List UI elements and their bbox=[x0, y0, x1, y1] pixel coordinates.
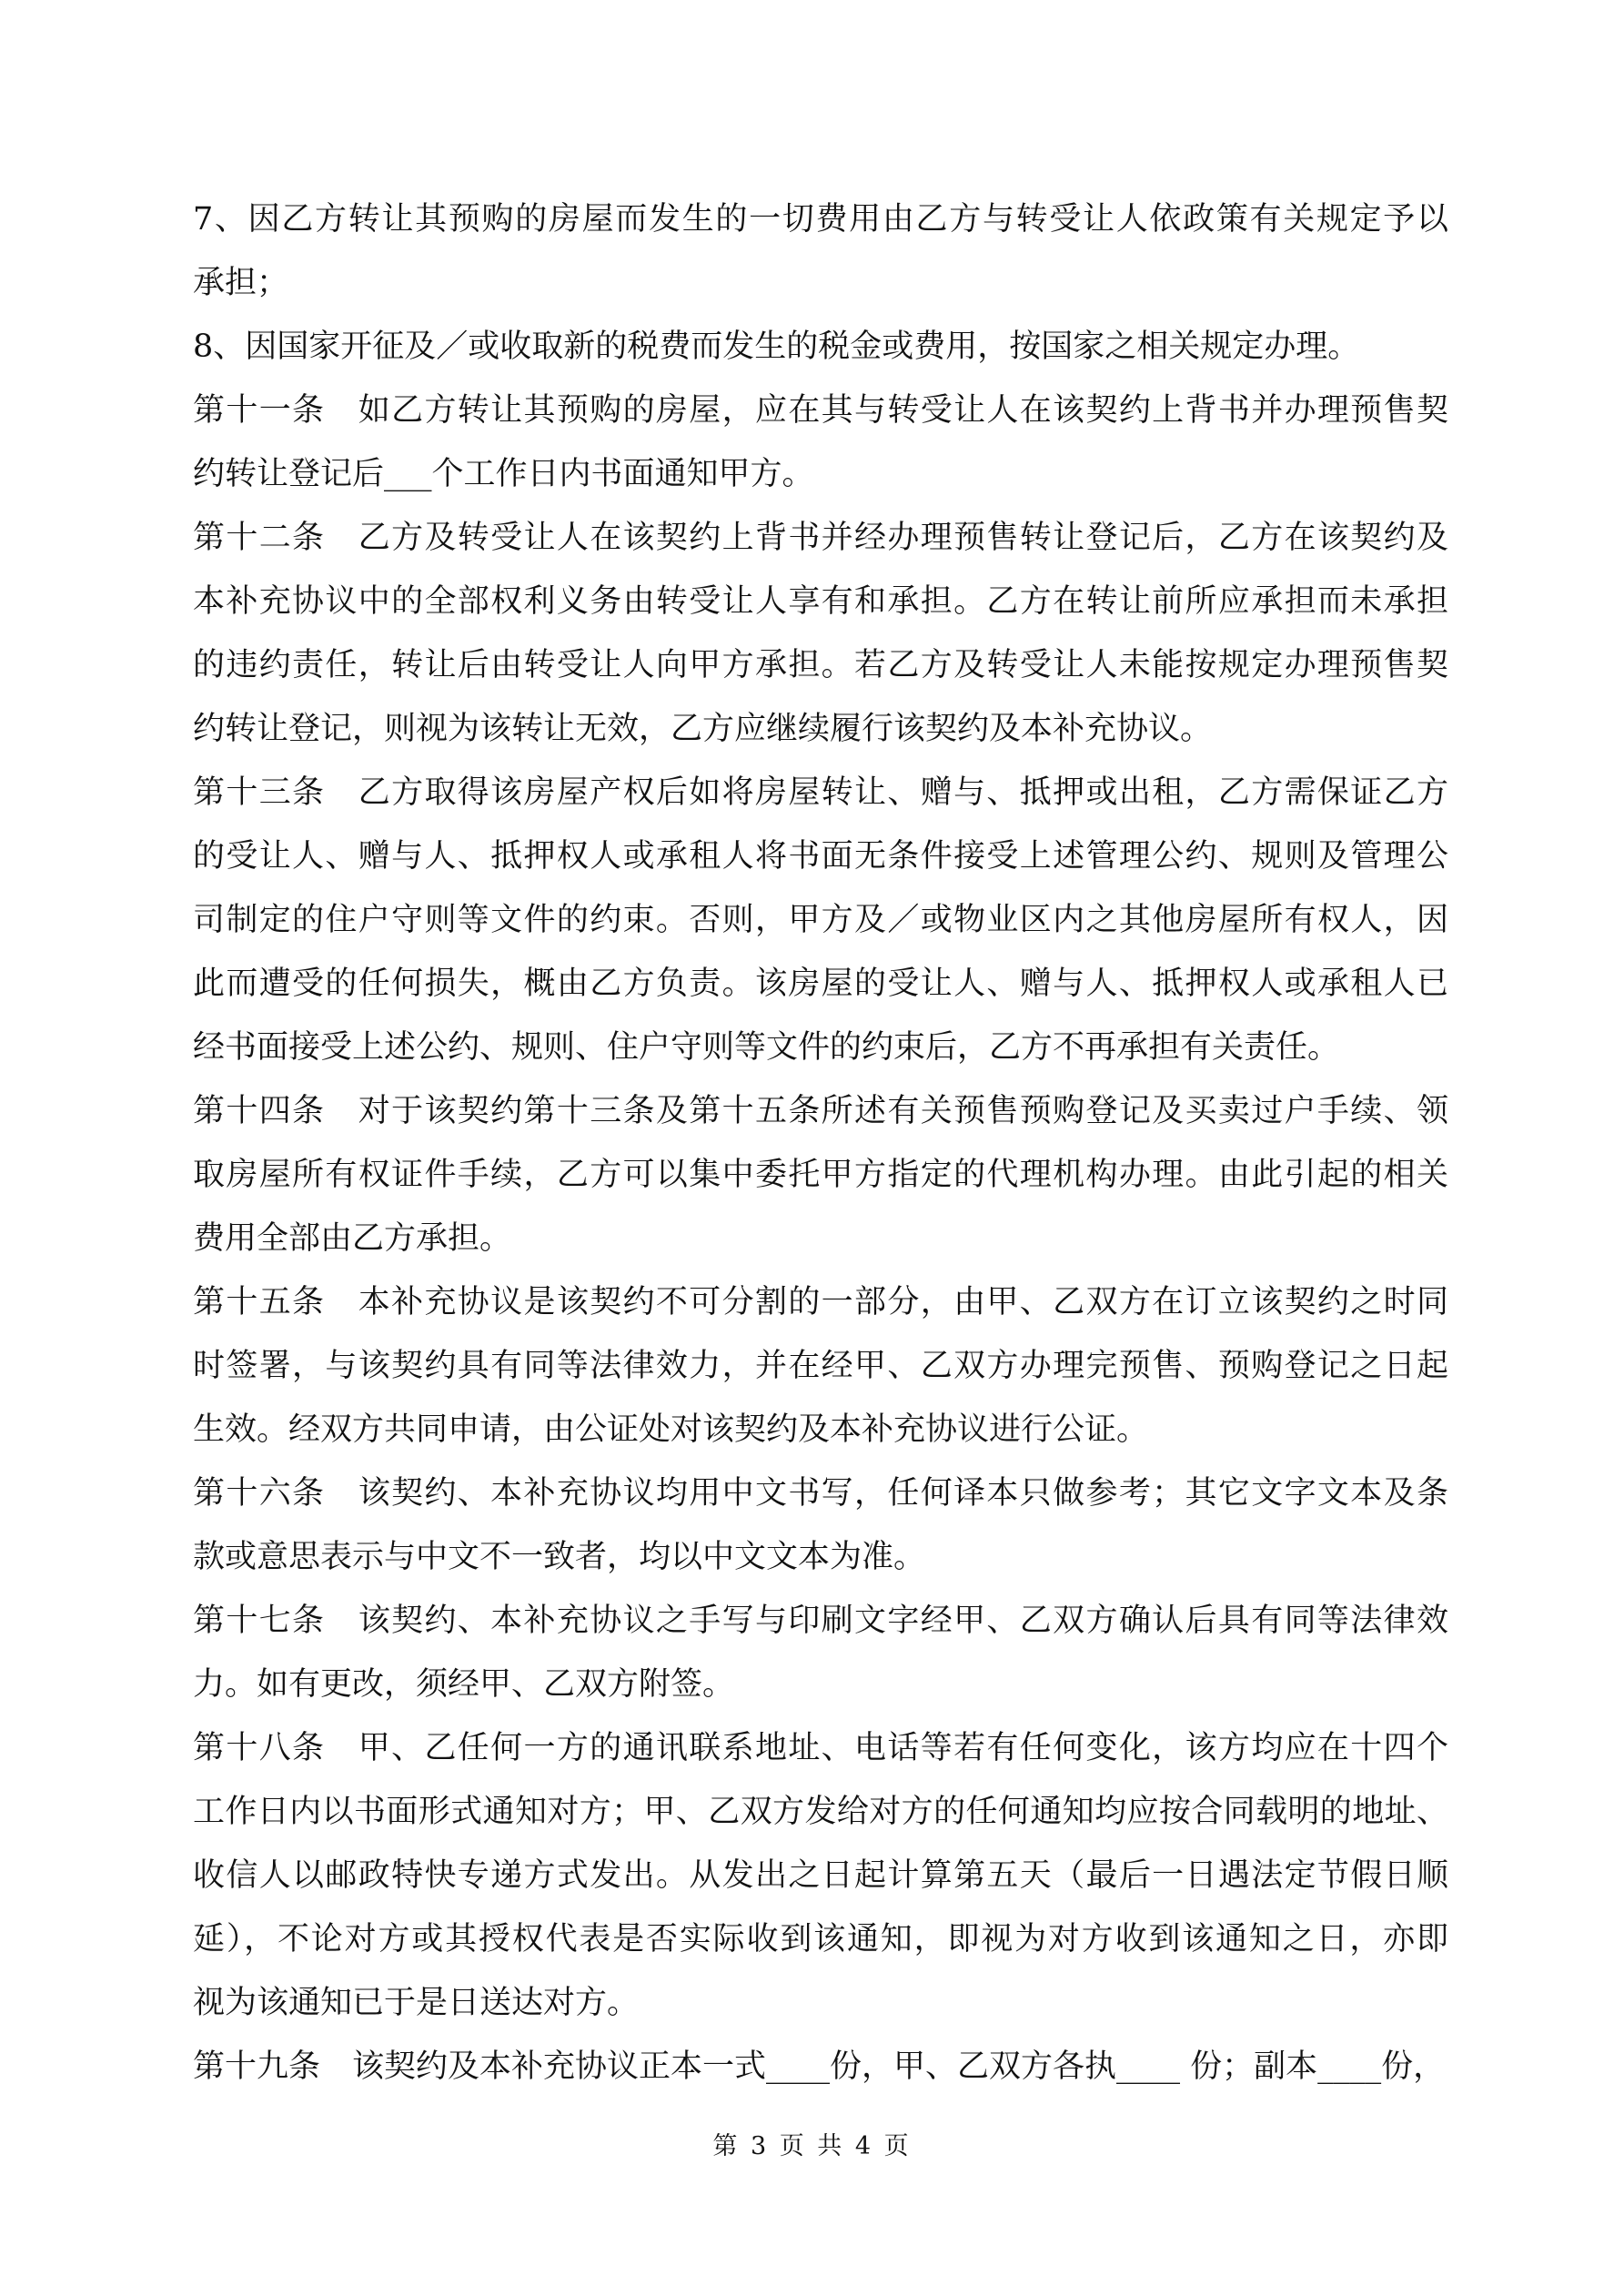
text-line: 7、因乙方转让其预购的房屋而发生的一切费用由乙方与转受让人依政策有关规定予以 bbox=[193, 187, 1448, 251]
text-line: 司制定的住户守则等文件的约束。否则，甲方及／或物业区内之其他房屋所有权人，因 bbox=[193, 888, 1448, 952]
text-line: 约转让登记，则视为该转让无效，乙方应继续履行该契约及本补充协议。 bbox=[193, 697, 1448, 761]
contract-page: 7、因乙方转让其预购的房屋而发生的一切费用由乙方与转受让人依政策有关规定予以承担… bbox=[0, 0, 1624, 2296]
text-line: 工作日内以书面形式通知对方；甲、乙双方发给对方的任何通知均应按合同载明的地址、 bbox=[193, 1780, 1448, 1844]
text-line: 延），不论对方或其授权代表是否实际收到该通知，即视为对方收到该通知之日，亦即 bbox=[193, 1907, 1448, 1971]
text-line: 第十一条 如乙方转让其预购的房屋，应在其与转受让人在该契约上背书并办理预售契 bbox=[193, 379, 1448, 442]
text-line: 承担； bbox=[193, 251, 1448, 315]
text-line: 取房屋所有权证件手续，乙方可以集中委托甲方指定的代理机构办理。由此引起的相关 bbox=[193, 1143, 1448, 1207]
page-number-footer: 第 3 页 共 4 页 bbox=[0, 2126, 1624, 2161]
text-line: 力。如有更改，须经甲、乙双方附签。 bbox=[193, 1653, 1448, 1716]
text-line: 的受让人、赠与人、抵押权人或承租人将书面无条件接受上述管理公约、规则及管理公 bbox=[193, 824, 1448, 888]
text-line: 收信人以邮政特快专递方式发出。从发出之日起计算第五天（最后一日遇法定节假日顺 bbox=[193, 1844, 1448, 1907]
text-line: 本补充协议中的全部权利义务由转受让人享有和承担。乙方在转让前所应承担而未承担 bbox=[193, 570, 1448, 633]
text-line: 时签署，与该契约具有同等法律效力，并在经甲、乙双方办理完预售、预购登记之日起 bbox=[193, 1334, 1448, 1398]
document-lines: 7、因乙方转让其预购的房屋而发生的一切费用由乙方与转受让人依政策有关规定予以承担… bbox=[193, 187, 1448, 2099]
text-line: 第十九条 该契约及本补充协议正本一式____份，甲、乙双方各执____ 份；副本… bbox=[193, 2035, 1448, 2099]
text-line: 约转让登记后___个工作日内书面通知甲方。 bbox=[193, 442, 1448, 506]
text-line: 视为该通知已于是日送达对方。 bbox=[193, 1971, 1448, 2035]
text-line: 第十四条 对于该契约第十三条及第十五条所述有关预售预购登记及买卖过户手续、领 bbox=[193, 1079, 1448, 1143]
text-line: 第十七条 该契约、本补充协议之手写与印刷文字经甲、乙双方确认后具有同等法律效 bbox=[193, 1589, 1448, 1653]
text-line: 第十二条 乙方及转受让人在该契约上背书并经办理预售转让登记后，乙方在该契约及 bbox=[193, 506, 1448, 570]
text-line: 第十三条 乙方取得该房屋产权后如将房屋转让、赠与、抵押或出租，乙方需保证乙方 bbox=[193, 761, 1448, 824]
text-line: 第十五条 本补充协议是该契约不可分割的一部分，由甲、乙双方在订立该契约之时同 bbox=[193, 1270, 1448, 1334]
text-line: 经书面接受上述公约、规则、住户守则等文件的约束后，乙方不再承担有关责任。 bbox=[193, 1016, 1448, 1079]
text-line: 款或意思表示与中文不一致者，均以中文文本为准。 bbox=[193, 1525, 1448, 1589]
text-line: 生效。经双方共同申请，由公证处对该契约及本补充协议进行公证。 bbox=[193, 1398, 1448, 1462]
text-line: 的违约责任，转让后由转受让人向甲方承担。若乙方及转受让人未能按规定办理预售契 bbox=[193, 633, 1448, 697]
text-line: 第十八条 甲、乙任何一方的通讯联系地址、电话等若有任何变化，该方均应在十四个 bbox=[193, 1716, 1448, 1780]
text-line: 此而遭受的任何损失，概由乙方负责。该房屋的受让人、赠与人、抵押权人或承租人已 bbox=[193, 952, 1448, 1016]
text-line: 费用全部由乙方承担。 bbox=[193, 1207, 1448, 1270]
text-line: 8、因国家开征及／或收取新的税费而发生的税金或费用，按国家之相关规定办理。 bbox=[193, 315, 1448, 379]
text-line: 第十六条 该契约、本补充协议均用中文书写，任何译本只做参考；其它文字文本及条 bbox=[193, 1462, 1448, 1525]
